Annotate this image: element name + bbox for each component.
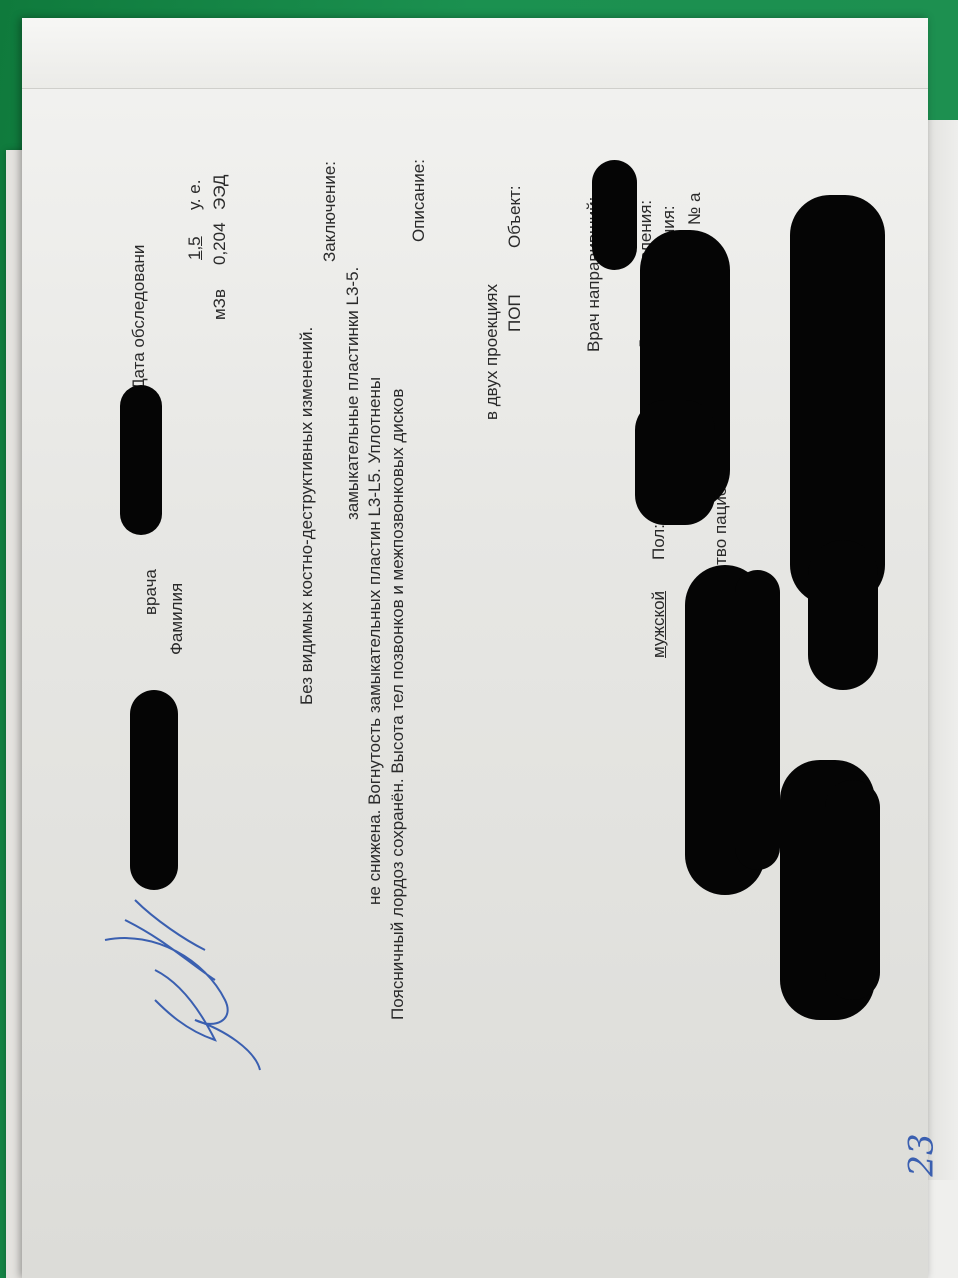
doctor-surname-label-1: Фамилия — [168, 583, 185, 655]
description-line-1: Поясничный лордоз сохранён. Высота тел п… — [389, 389, 406, 1020]
redaction-header-right-2 — [735, 570, 780, 870]
dose-unit: мЗв — [211, 289, 228, 320]
exam-date-label: Дата обследовани — [130, 245, 147, 390]
description-label: Описание: — [410, 159, 427, 242]
doctor-signature — [95, 880, 275, 1080]
description-line-3: замыкательные пластинки L3-5. — [344, 267, 361, 520]
margin-note: 23 — [902, 1133, 942, 1176]
redaction-exam-date — [120, 385, 162, 535]
medical-report-page — [22, 18, 928, 1278]
description-line-2: не снижена. Вогнутость замыкательных пла… — [366, 377, 383, 905]
redaction-referring-doctor — [592, 160, 637, 270]
projection-text: в двух проекциях — [483, 284, 500, 420]
redaction-card-number — [635, 400, 715, 525]
redaction-header-right-4 — [825, 780, 880, 1000]
sex-label: Пол: — [650, 524, 667, 560]
dose-label: ЭЭД — [211, 175, 228, 210]
page-fold — [22, 18, 928, 89]
redaction-patient-name-2 — [808, 540, 878, 690]
object-label: Объект: — [506, 185, 523, 248]
card-number-label: № а — [686, 193, 703, 225]
units-value: 1,5 — [186, 236, 203, 260]
doctor-surname-label-2: врача — [142, 569, 159, 615]
sex-value: мужской — [650, 591, 667, 658]
conclusion-text: Без видимых костно-деструктивных изменен… — [298, 327, 315, 705]
conclusion-label: Заключение: — [321, 161, 338, 262]
object-value: ПОП — [506, 294, 523, 332]
dose-value: 0,204 — [211, 222, 228, 265]
units-label: у. е. — [186, 180, 203, 210]
redaction-doctor-name — [130, 690, 178, 890]
